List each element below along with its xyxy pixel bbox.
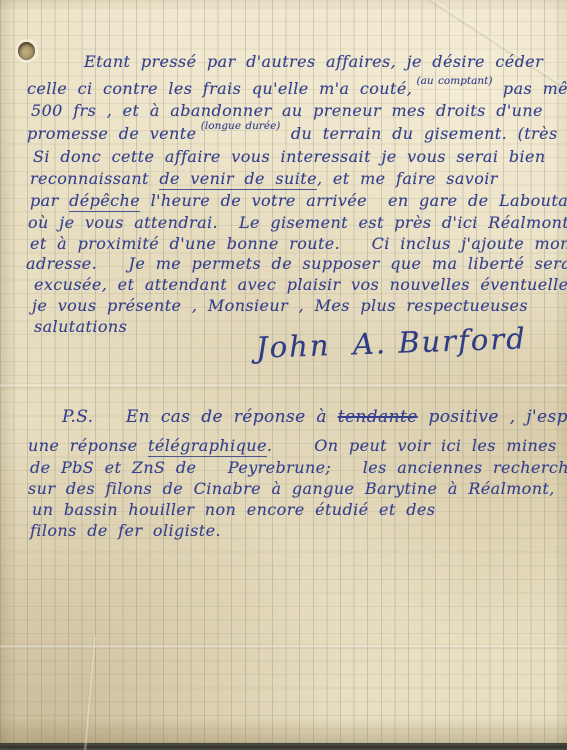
letter-line-10: adresse. Je me permets de supposer que m… bbox=[26, 254, 567, 273]
interline-insertion: (longue durée) bbox=[196, 120, 280, 132]
interline-insertion: (au comptant) bbox=[412, 75, 492, 87]
line-text-segment: promesse de vente bbox=[27, 124, 196, 143]
line-text-segment: et à proximité d'une bonne route. Ci inc… bbox=[30, 234, 567, 253]
line-text-segment: 500 frs , et à abandonner au preneur mes… bbox=[31, 101, 543, 120]
line-text-segment: un bassin houiller non encore étudié et … bbox=[32, 500, 435, 519]
line-text-segment: de PbS et ZnS de Peyrebrune; les ancienn… bbox=[30, 458, 567, 477]
postscript-line-5: un bassin houiller non encore étudié et … bbox=[32, 500, 435, 519]
postscript-line-1: P.S. En cas de réponse à tendante positi… bbox=[62, 407, 567, 427]
line-text-segment: pas même bbox=[492, 79, 567, 98]
line-text-segment: Etant pressé par d'autres affaires, je d… bbox=[84, 52, 543, 71]
punch-hole bbox=[18, 42, 35, 60]
line-text-segment: par bbox=[30, 191, 69, 210]
letter-line-12: je vous présente , Monsieur , Mes plus r… bbox=[32, 296, 528, 315]
line-text-segment: du terrain du gisement. (très libérale) bbox=[280, 124, 567, 143]
line-text-segment: , et me faire savoir bbox=[317, 169, 498, 188]
letter-line-5: Si donc cette affaire vous interessait j… bbox=[33, 147, 546, 166]
letter-line-1: Etant pressé par d'autres affaires, je d… bbox=[84, 52, 543, 71]
postscript-line-4: sur des filons de Cinabre à gangue Baryt… bbox=[28, 479, 555, 498]
letter-line-7: par dépêche l'heure de votre arrivée en … bbox=[30, 191, 567, 210]
line-text-segment: positive , j'espère bbox=[418, 407, 567, 427]
line-text-segment: filons de fer oligiste. bbox=[30, 521, 221, 540]
postscript-line-3: de PbS et ZnS de Peyrebrune; les ancienn… bbox=[30, 458, 567, 477]
line-text-segment: P.S. En cas de réponse à bbox=[62, 407, 338, 427]
postscript-line-6: filons de fer oligiste. bbox=[30, 521, 221, 540]
letter-line-9: et à proximité d'une bonne route. Ci inc… bbox=[30, 234, 567, 253]
letter-line-4: promesse de vente (longue durée) du terr… bbox=[27, 124, 567, 143]
letter-line-3: 500 frs , et à abandonner au preneur mes… bbox=[31, 101, 543, 120]
letter-line-2: celle ci contre les frais qu'elle m'a co… bbox=[27, 79, 567, 98]
line-text-segment: . On peut voir ici les mines bbox=[267, 436, 557, 455]
line-text-segment: Si donc cette affaire vous interessait j… bbox=[33, 147, 546, 166]
letter-line-11: excusée, et attendant avec plaisir vos n… bbox=[34, 275, 567, 294]
line-text-segment: reconnaissant bbox=[30, 169, 159, 188]
letter-paper: Etant pressé par d'autres affaires, je d… bbox=[0, 0, 567, 746]
line-text-segment: celle ci contre les frais qu'elle m'a co… bbox=[27, 79, 412, 98]
underlined-text: de venir de suite bbox=[159, 169, 317, 190]
line-text-segment: où je vous attendrai. Le gisement est pr… bbox=[28, 213, 567, 232]
line-text-segment: salutations bbox=[34, 317, 127, 336]
line-text-segment: je vous présente , Monsieur , Mes plus r… bbox=[32, 296, 528, 315]
letter-line-13: salutations bbox=[34, 317, 127, 336]
line-text-segment: l'heure de votre arrivée en gare de Labo… bbox=[140, 191, 567, 210]
line-text-segment: sur des filons de Cinabre à gangue Baryt… bbox=[28, 479, 555, 498]
underlined-text: télégraphique bbox=[148, 436, 267, 457]
horizontal-fold-crease bbox=[0, 383, 567, 388]
line-text-segment: une réponse bbox=[28, 436, 148, 455]
letter-line-8: où je vous attendrai. Le gisement est pr… bbox=[28, 213, 567, 232]
postscript-line-2: une réponse télégraphique. On peut voir … bbox=[28, 436, 557, 455]
letter-line-6: reconnaissant de venir de suite, et me f… bbox=[30, 169, 498, 188]
line-text-segment: adresse. Je me permets de supposer que m… bbox=[26, 254, 567, 273]
struck-through-text: tendante bbox=[338, 407, 418, 427]
horizontal-fold-crease bbox=[0, 644, 567, 649]
line-text-segment: excusée, et attendant avec plaisir vos n… bbox=[34, 275, 567, 294]
underlined-text: dépêche bbox=[69, 191, 140, 212]
scanned-letter-photo: Etant pressé par d'autres affaires, je d… bbox=[0, 0, 567, 750]
